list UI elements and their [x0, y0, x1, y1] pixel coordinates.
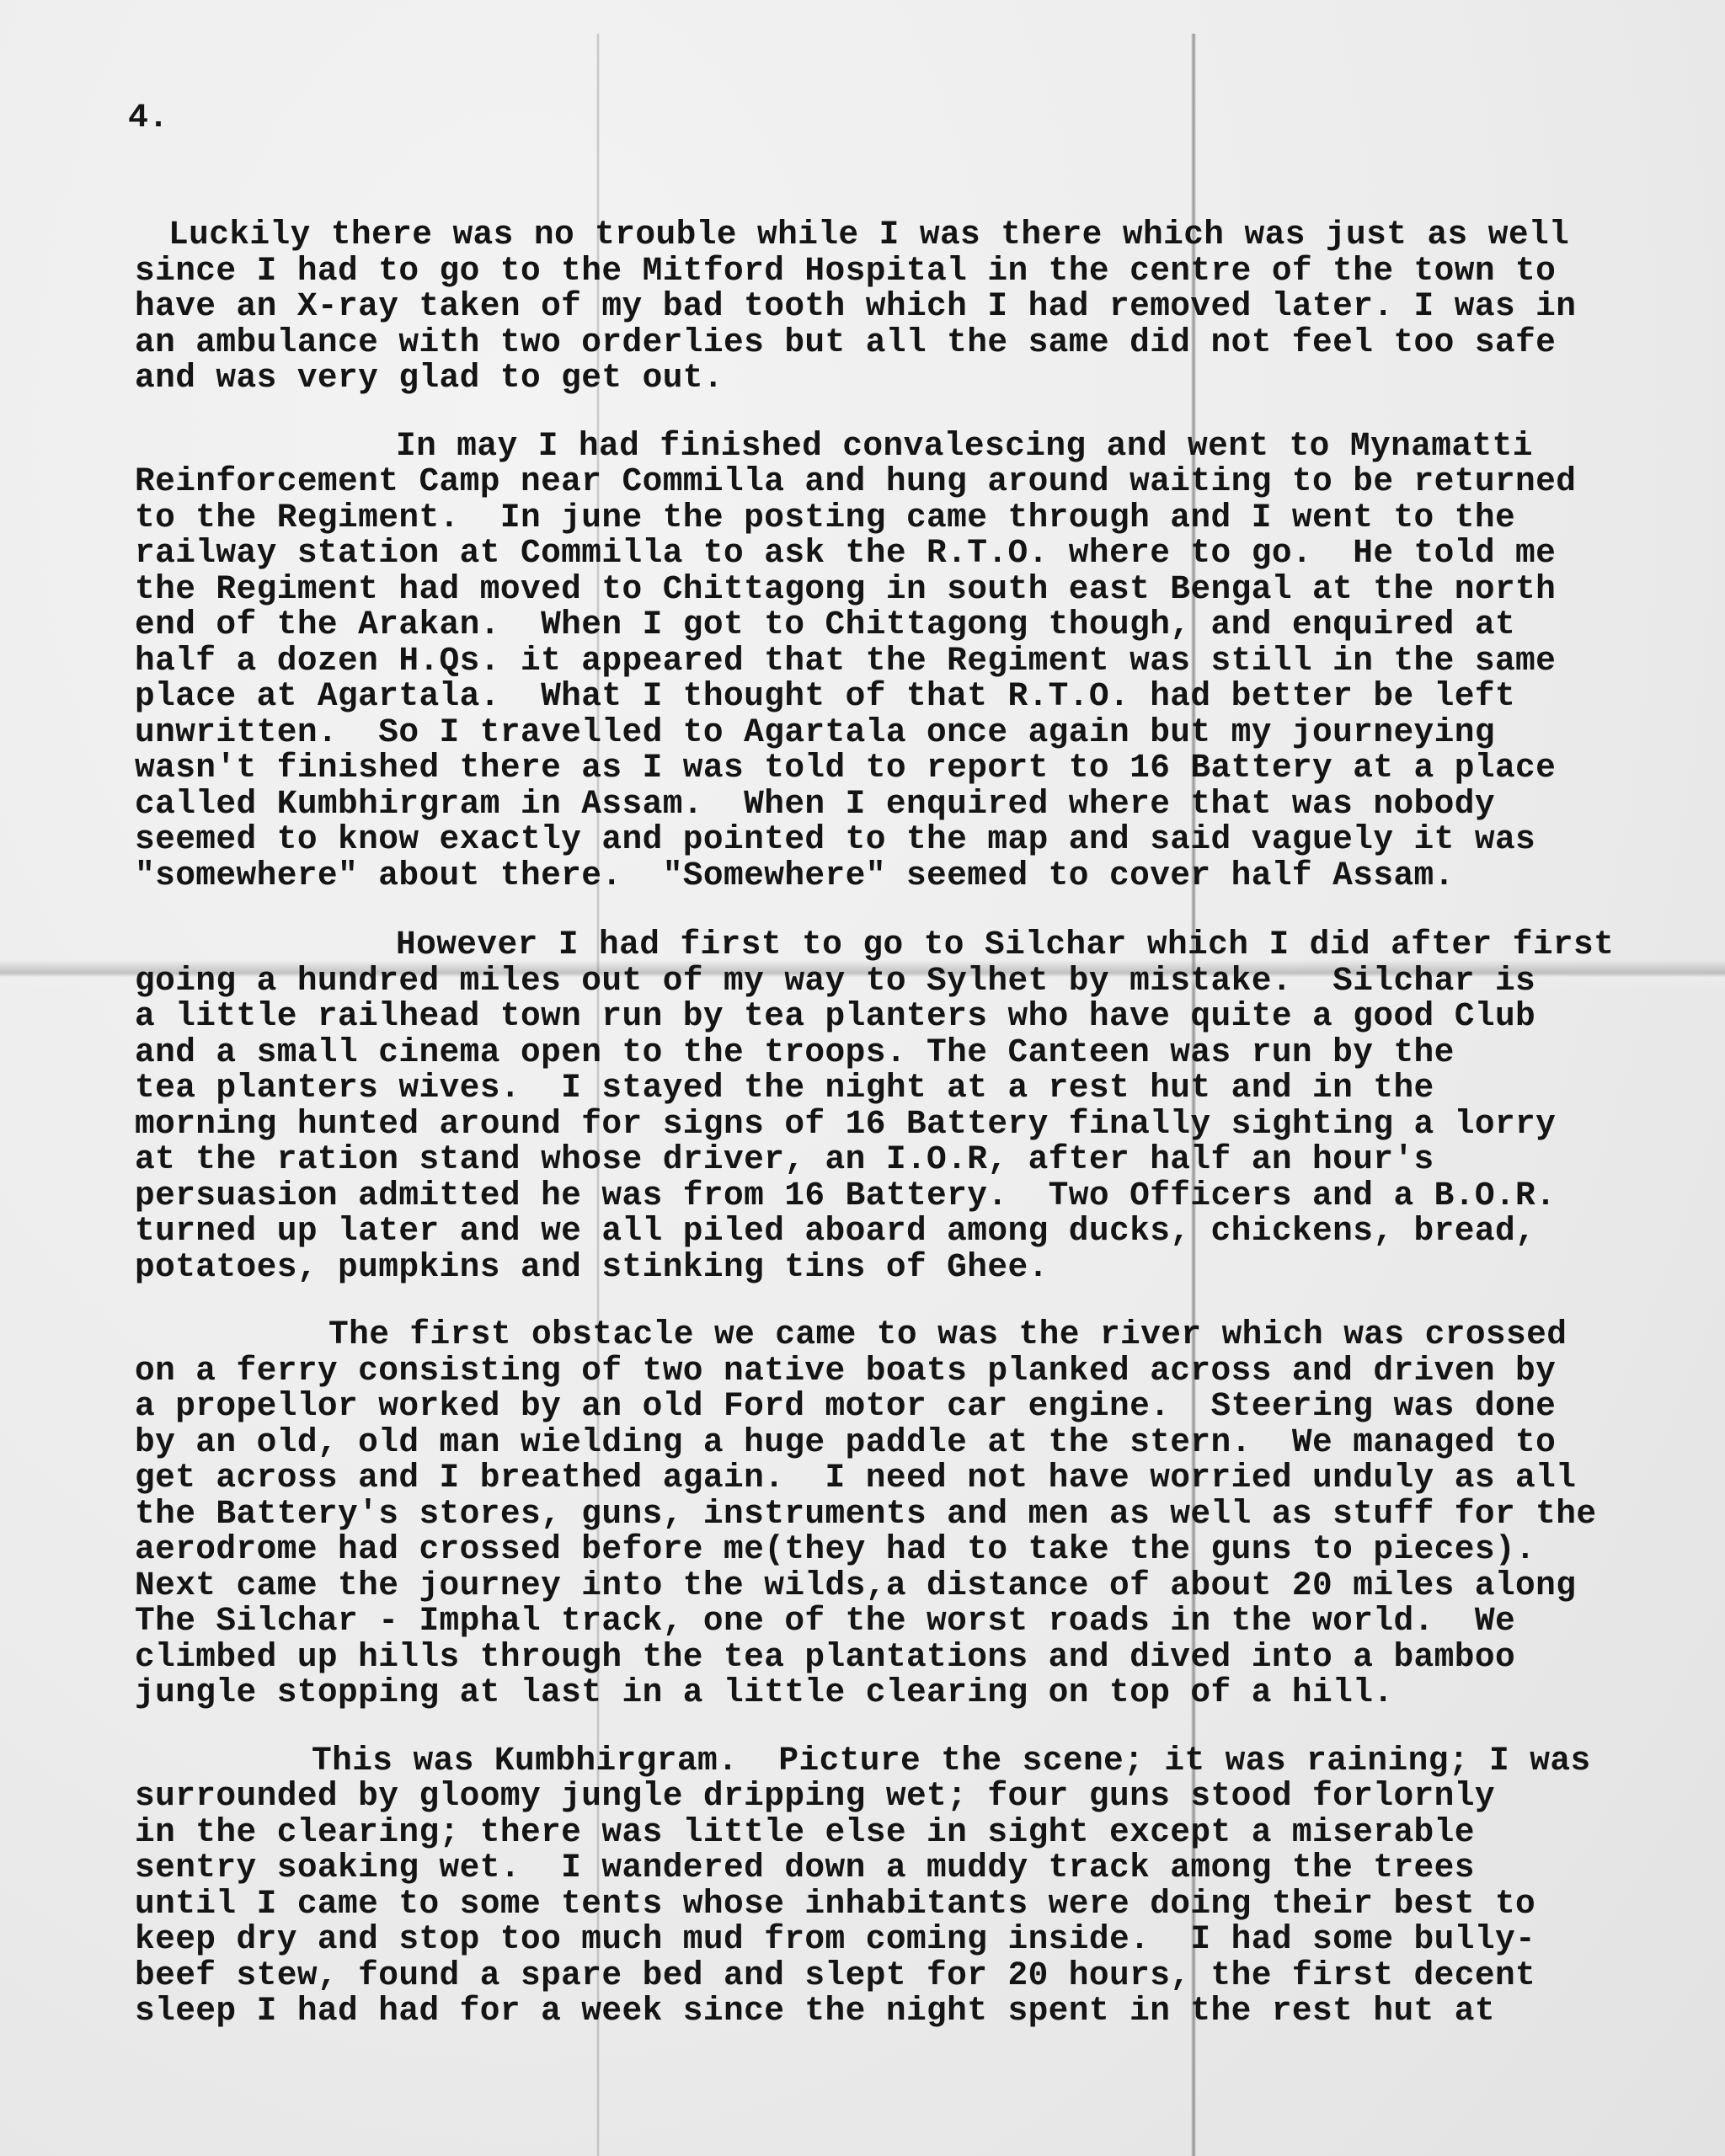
text-line: in the clearing; there was little else i…: [135, 1815, 1676, 1851]
text-line: have an X-ray taken of my bad tooth whic…: [135, 289, 1676, 325]
text-line: "somewhere" about there. "Somewhere" see…: [135, 858, 1676, 894]
text-line: turned up later and we all piled aboard …: [135, 1214, 1676, 1250]
text-line: The first obstacle we came to was the ri…: [135, 1317, 1676, 1353]
text-line: beef stew, found a spare bed and slept f…: [135, 1958, 1676, 1994]
text-line: sleep I had had for a week since the nig…: [135, 1993, 1676, 2030]
paragraph-hospital: Luckily there was no trouble while I was…: [135, 217, 1676, 397]
text-line: until I came to some tents whose inhabit…: [135, 1886, 1676, 1923]
text-line: sentry soaking wet. I wandered down a mu…: [135, 1850, 1676, 1886]
text-line: since I had to go to the Mitford Hospita…: [135, 253, 1676, 290]
typewritten-page: 4. Luckily there was no trouble while I …: [0, 0, 1725, 2156]
paragraph-silchar: However I had first to go to Silchar whi…: [135, 927, 1676, 1285]
text-line: morning hunted around for signs of 16 Ba…: [135, 1107, 1676, 1143]
text-line: seemed to know exactly and pointed to th…: [135, 822, 1676, 858]
text-line: climbed up hills through the tea plantat…: [135, 1640, 1676, 1676]
text-line: called Kumbhirgram in Assam. When I enqu…: [135, 787, 1676, 823]
text-line: the Battery's stores, guns, instruments …: [135, 1497, 1676, 1533]
text-line: going a hundred miles out of my way to S…: [135, 963, 1676, 1000]
text-line: place at Agartala. What I thought of tha…: [135, 679, 1676, 715]
page-number: 4.: [128, 99, 168, 137]
paragraph-kumbhirgram: This was Kumbhirgram. Picture the scene;…: [135, 1743, 1676, 2030]
text-line: aerodrome had crossed before me(they had…: [135, 1532, 1676, 1568]
text-line: In may I had finished convalescing and w…: [135, 429, 1676, 465]
text-line: This was Kumbhirgram. Picture the scene;…: [135, 1743, 1676, 1780]
text-line: Reinforcement Camp near Commilla and hun…: [135, 464, 1676, 500]
text-line: at the ration stand whose driver, an I.O…: [135, 1142, 1676, 1178]
text-line: on a ferry consisting of two native boat…: [135, 1353, 1676, 1390]
text-line: get across and I breathed again. I need …: [135, 1460, 1676, 1497]
paragraph-ferry: The first obstacle we came to was the ri…: [135, 1317, 1676, 1711]
text-line: surrounded by gloomy jungle dripping wet…: [135, 1779, 1676, 1815]
text-line: However I had first to go to Silchar whi…: [135, 927, 1676, 963]
paragraph-posting: In may I had finished convalescing and w…: [135, 429, 1676, 894]
text-line: The Silchar - Imphal track, one of the w…: [135, 1604, 1676, 1640]
text-line: to the Regiment. In june the posting cam…: [135, 500, 1676, 536]
text-line: and a small cinema open to the troops. T…: [135, 1035, 1676, 1071]
letter-body: Luckily there was no trouble while I was…: [135, 217, 1676, 2063]
text-line: the Regiment had moved to Chittagong in …: [135, 572, 1676, 608]
text-line: persuasion admitted he was from 16 Batte…: [135, 1178, 1676, 1214]
text-line: half a dozen H.Qs. it appeared that the …: [135, 643, 1676, 680]
text-line: keep dry and stop too much mud from comi…: [135, 1922, 1676, 1958]
text-line: and was very glad to get out.: [135, 360, 1676, 397]
text-line: unwritten. So I travelled to Agartala on…: [135, 715, 1676, 751]
text-line: Next came the journey into the wilds,a d…: [135, 1568, 1676, 1604]
text-line: tea planters wives. I stayed the night a…: [135, 1070, 1676, 1107]
text-line: wasn't finished there as I was told to r…: [135, 750, 1676, 787]
text-line: a little railhead town run by tea plante…: [135, 999, 1676, 1035]
text-line: end of the Arakan. When I got to Chittag…: [135, 607, 1676, 643]
text-line: Luckily there was no trouble while I was…: [135, 217, 1676, 253]
text-line: a propellor worked by an old Ford motor …: [135, 1389, 1676, 1425]
text-line: an ambulance with two orderlies but all …: [135, 325, 1676, 361]
text-line: jungle stopping at last in a little clea…: [135, 1675, 1676, 1711]
text-line: railway station at Commilla to ask the R…: [135, 536, 1676, 572]
text-line: potatoes, pumpkins and stinking tins of …: [135, 1250, 1676, 1286]
text-line: by an old, old man wielding a huge paddl…: [135, 1425, 1676, 1461]
